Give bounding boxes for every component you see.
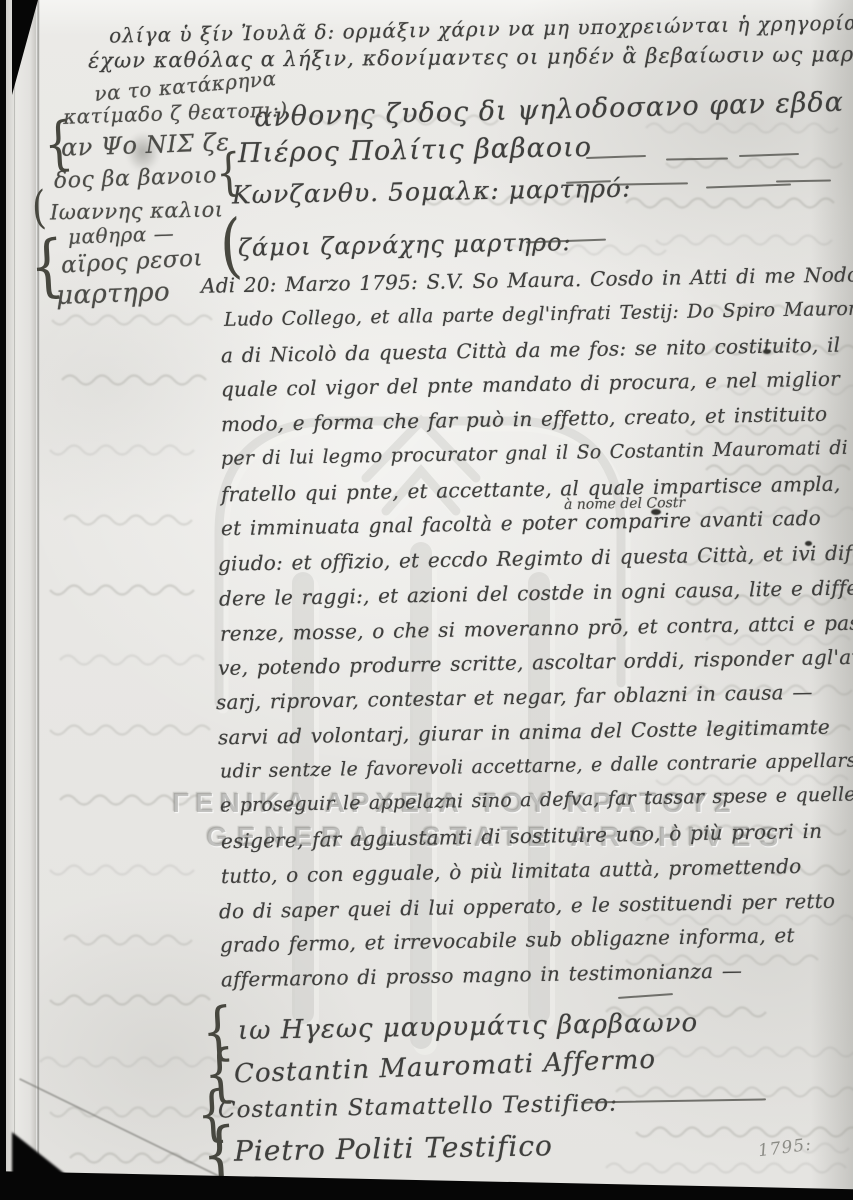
paper-page: ΓΕΝΙΚΑ ΑΡΧΕΙΑ ΤΟΥ ΚΡΑΤΟΥΣ GENERAL STATE … <box>6 0 853 1200</box>
date-corner-note: 1795: <box>757 1135 813 1161</box>
ink-blot <box>763 349 771 354</box>
ink-dash <box>666 157 728 160</box>
body-line: Adi 20: Marzo 1795: S.V. So Maura. Cosdo… <box>201 262 853 297</box>
header-line: Πιέρος Πολίτις βαβαοιο <box>238 132 592 169</box>
ink-dash <box>586 155 646 159</box>
body-line: a di Nicolò da questa Città da me fos: s… <box>221 333 841 368</box>
header-line: έχων καθόλας α λήξιν, κδονίμαντες οι μηδ… <box>88 41 853 73</box>
crease-line <box>36 0 40 1200</box>
ink-blot <box>651 509 661 515</box>
brace-mark: { <box>28 225 67 307</box>
ink-blot <box>805 541 812 546</box>
margin-note: μαρτηρο <box>56 277 171 311</box>
ink-dash <box>776 180 831 183</box>
header-line: ζάμοι ζαρνάχης μαρτηρο: <box>238 228 572 262</box>
header-line: ανθονης ζυδος δι ψηλοδοσανο φαν εβδα ξαν… <box>254 84 853 133</box>
ink-dash <box>614 182 688 185</box>
header-line: Κωνζανθυ. 5ομαλκ: μαρτηρό: <box>232 174 632 210</box>
superscript-note: à nome del Costr <box>564 495 685 513</box>
manuscript-scan: ΓΕΝΙΚΑ ΑΡΧΕΙΑ ΤΟΥ ΚΡΑΤΟΥΣ GENERAL STATE … <box>0 0 853 1200</box>
margin-note: Ιωαννης καλιοι <box>50 197 224 224</box>
brace-mark: { <box>214 143 243 203</box>
margin-note: αν Ψο ΝΙΣ ζε <box>61 128 230 162</box>
brace-mark: { <box>42 108 75 178</box>
binding-edge <box>6 0 36 1200</box>
margin-note: αϊρος ρεσοι <box>60 245 203 278</box>
body-line: Ludo Collego, et alla parte degl'infrati… <box>224 297 853 331</box>
scan-corner <box>12 0 38 95</box>
signature-line: Costantin Stamattello Testifico: <box>218 1091 618 1124</box>
header-line: ολίγα ὑ ξίν Ἰουλᾶ δ: ορμάξιν χάριν να μη… <box>109 8 853 47</box>
scan-corner <box>12 1132 70 1178</box>
brace-mark: ( <box>218 205 244 288</box>
margin-note: μαθηρα — <box>68 221 175 249</box>
ink-dash <box>739 153 799 157</box>
margin-note: δος βα βανοιο <box>54 163 218 194</box>
ink-dash <box>706 184 791 189</box>
brace-mark: { <box>200 1112 240 1196</box>
signature-line: Pietro Politi Testifico <box>234 1129 553 1168</box>
crease-line <box>14 0 15 1200</box>
